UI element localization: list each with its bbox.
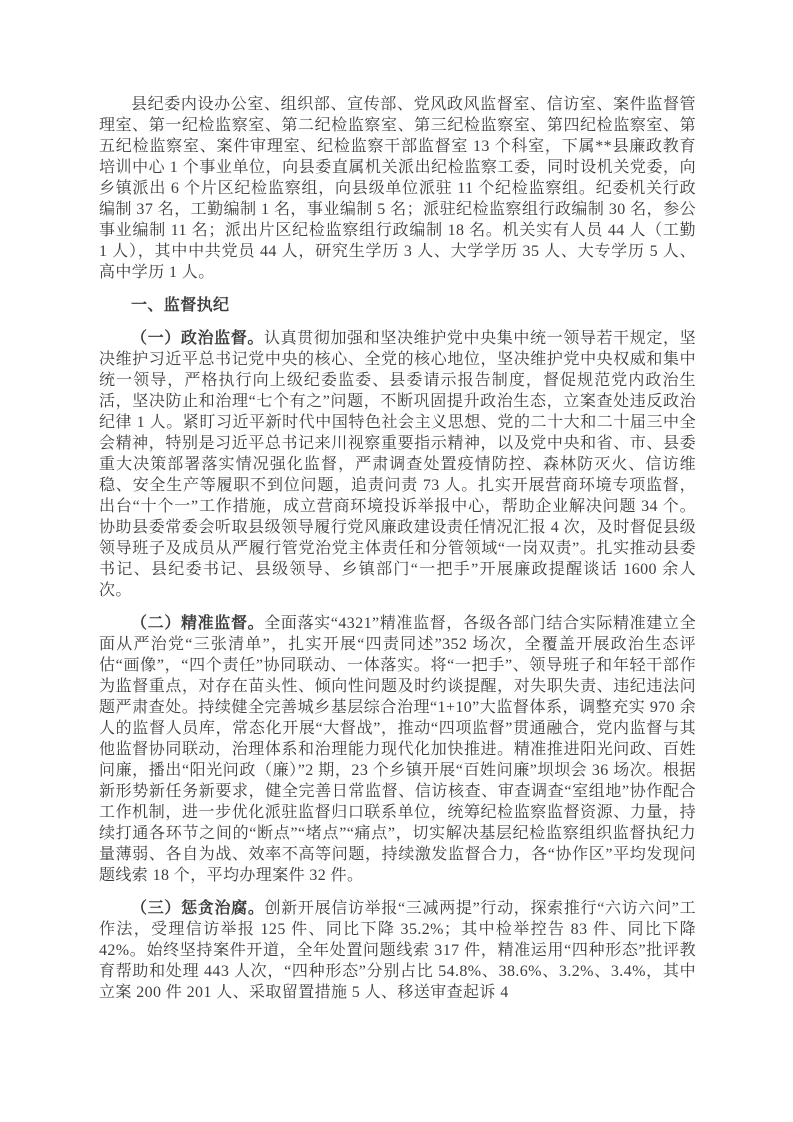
paragraph-precise-supervision: （二）精准监督。全面落实“4321”精准监督，各级各部门结合实际精准建立全面从严… [99,613,696,886]
paragraph-lead-precise-supervision: （二）精准监督。 [131,615,264,632]
paragraph-body-political-supervision: 认真贯彻加强和坚决维护党中央集中统一领导若干规定，坚决维护习近平总书记党中央的核… [99,330,696,599]
section-heading: 一、监督执纪 [99,295,696,316]
paragraph-political-supervision: （一）政治监督。认真贯彻加强和坚决维护党中央集中统一领导若干规定，坚决维护习近平… [99,328,696,601]
paragraph-lead-punish-corruption: （三）惩贪治腐。 [131,900,265,917]
paragraph-lead-political-supervision: （一）政治监督。 [131,330,264,347]
document-page: 县纪委内设办公室、组织部、宣传部、党风政风监督室、信访室、案件监督管理室、第一纪… [0,0,793,1122]
paragraph-body-precise-supervision: 全面落实“4321”精准监督，各级各部门结合实际精准建立全面从严治党“三张清单”… [99,615,696,884]
intro-paragraph: 县纪委内设办公室、组织部、宣传部、党风政风监督室、信访室、案件监督管理室、第一纪… [99,94,696,283]
paragraph-punish-corruption: （三）惩贪治腐。创新开展信访举报“三减两提”行动，探索推行“六访六问”工作法，受… [99,898,696,1003]
